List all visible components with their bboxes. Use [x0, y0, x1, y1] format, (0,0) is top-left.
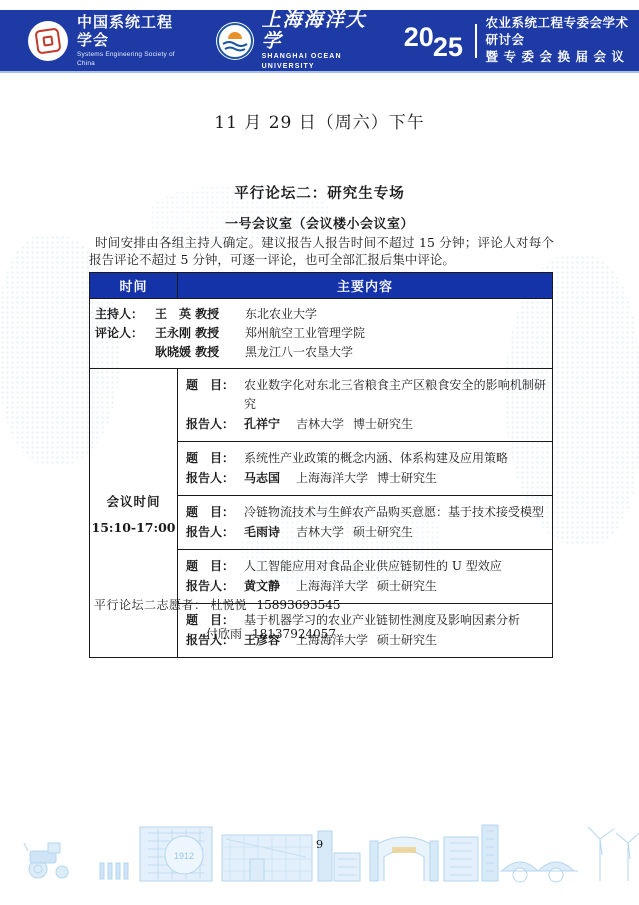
volunteer-name: 杜悦悦 [211, 597, 247, 614]
volunteer-phone: 18137924057 [252, 626, 336, 643]
page-number: 9 [0, 837, 639, 851]
volunteers-info: 平行论坛二志愿者： 杜悦悦 15893693545 付欣雨 1813792405… [94, 597, 341, 643]
presentation-title: 冷链物流技术与生鲜农产品购买意愿：基于技术接受模型 [244, 503, 546, 522]
volunteer-line: 付欣雨 18137924057 [202, 626, 341, 643]
volunteer-phone: 15893693545 [257, 597, 341, 614]
room-title: 一号会议室（会议楼小会议室） [0, 213, 639, 232]
presentation-item: 题 目： 系统性产业政策的概念内涵、体系构建及应用策略 报告人： 马志国 上海海… [178, 441, 552, 495]
presentation-item: 题 目： 冷链物流技术与生鲜农产品购买意愿：基于技术接受模型 报告人： 毛雨诗 … [178, 495, 552, 549]
sesc-name-cn: 中国系统工程学会 [77, 14, 186, 50]
column-header-content: 主要内容 [178, 273, 553, 299]
presenter-name: 马志国 [244, 469, 280, 488]
sesc-logo-group: 中国系统工程学会 Systems Engineering Society of … [28, 14, 186, 68]
chair-line: 评论人： 王永刚 教授 郑州航空工业管理学院 [95, 324, 546, 343]
fence [100, 863, 128, 879]
event-title-line1: 农业系统工程专委会学术研讨会 [486, 15, 639, 49]
chair-line: 耿晓媛 教授 黑龙江八一农垦大学 [95, 343, 546, 362]
presentation-title: 农业数字化对东北三省粮食主产区粮食安全的影响机制研究 [244, 376, 546, 414]
divider [475, 24, 477, 58]
presenter-affiliation: 吉林大学 [296, 523, 344, 542]
presentation-item: 题 目： 农业数字化对东北三省粮食主产区粮食安全的影响机制研究 报告人： 孔祥宁… [178, 369, 552, 441]
presenter-name: 孔祥宁 [244, 415, 280, 434]
forum-title: 平行论坛二：研究生专场 [0, 182, 639, 203]
volunteer-name: 付欣雨 [206, 626, 242, 643]
bridge [500, 862, 578, 882]
shou-name-cn: 上海海洋大学 [262, 10, 378, 52]
sesc-name-en: Systems Engineering Society of China [77, 50, 186, 68]
shou-logo-group: 上海海洋大学 SHANGHAI OCEAN UNIVERSITY [216, 10, 378, 72]
shou-logo-icon [216, 22, 254, 60]
chair-line: 主持人： 王 英 教授 东北农业大学 [95, 305, 546, 324]
event-title-line2: 暨专委会换届会议 [486, 49, 639, 66]
session-time-value: 15:10-17:00 [90, 520, 177, 535]
volunteer-line: 平行论坛二志愿者： 杜悦悦 15893693545 [94, 597, 341, 614]
building [444, 825, 498, 881]
table-row-chairs: 主持人： 王 英 教授 东北农业大学 评论人： 王永刚 教授 郑州航空工业管理学… [90, 299, 553, 369]
presenter-affiliation: 上海海洋大学 [296, 577, 368, 596]
presentation-item: 题 目： 人工智能应用对食品企业供应链韧性的 U 型效应 报告人： 黄文静 上海… [178, 549, 552, 603]
presenter-affiliation: 上海海洋大学 [296, 469, 368, 488]
presenter-degree: 博士研究生 [353, 415, 413, 434]
wind-turbine-icon [588, 827, 639, 881]
header-banner: 中国系统工程学会 Systems Engineering Society of … [0, 10, 639, 73]
year-badge: 1912 [174, 851, 194, 861]
presenter-name: 毛雨诗 [244, 523, 280, 542]
presenter-affiliation: 吉林大学 [296, 415, 344, 434]
presenter-degree: 硕士研究生 [377, 577, 437, 596]
presenter-name: 黄文静 [244, 577, 280, 596]
presenter-degree: 博士研究生 [377, 469, 437, 488]
schedule-note: 时间安排由各组主持人确定。建议报告人报告时间不超过 15 分钟；评论人对每个报告… [89, 234, 554, 268]
session-time-label: 会议时间 [90, 492, 177, 510]
shou-name-en: SHANGHAI OCEAN UNIVERSITY [262, 52, 378, 72]
year-2025: 20 25 [404, 27, 463, 54]
column-header-time: 时间 [90, 273, 178, 299]
presentation-title: 人工智能应用对食品企业供应链韧性的 U 型效应 [244, 557, 546, 576]
event-title-group: 20 25 农业系统工程专委会学术研讨会 暨专委会换届会议 [404, 15, 639, 66]
presenter-degree: 硕士研究生 [377, 631, 437, 650]
document-page: 中国系统工程学会 Systems Engineering Society of … [0, 0, 639, 905]
date-title: 11 月 29 日（周六）下午 [0, 108, 639, 133]
presenter-degree: 硕士研究生 [353, 523, 413, 542]
presentation-title: 系统性产业政策的概念内涵、体系构建及应用策略 [244, 449, 546, 468]
sesc-logo-icon [28, 21, 68, 61]
